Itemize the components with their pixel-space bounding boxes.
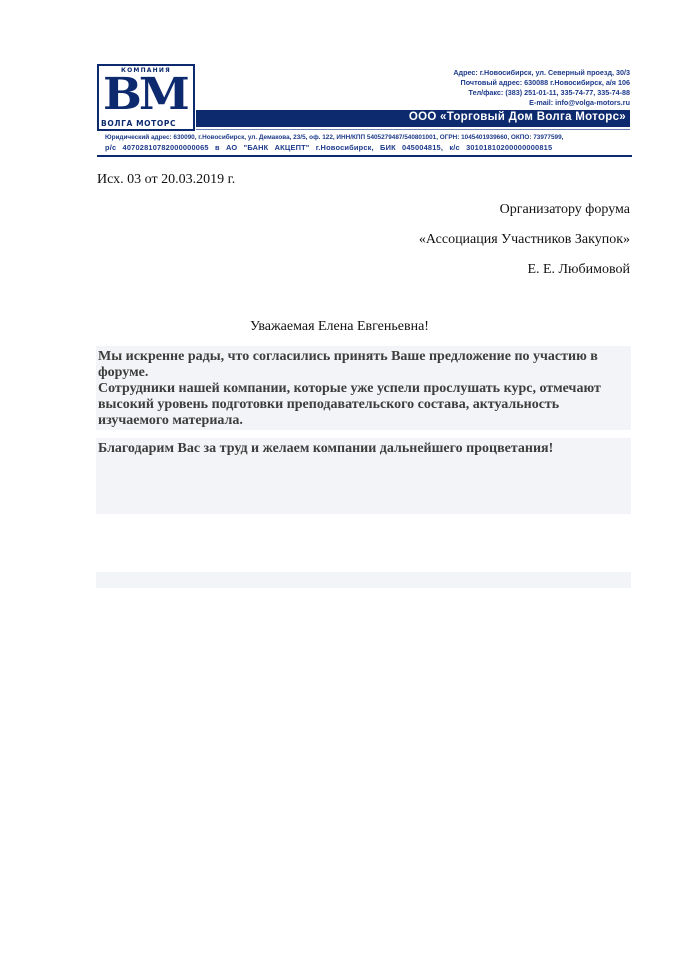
paragraph: Благодарим Вас за труд и желаем компании… (96, 438, 631, 457)
empty-paragraph-block (96, 572, 631, 588)
addressee-line: Организатору форума (500, 202, 630, 218)
company-logo-icon: КОМПАНИЯ ВМ ВОЛГА МОТОРС (97, 64, 195, 131)
company-name-banner: ООО «Торговый Дом Волга Моторс» (196, 110, 630, 127)
contact-phone-fax: Тел/факс: (383) 251-01-11, 335-74-77, 33… (453, 88, 630, 98)
paragraph (96, 572, 631, 575)
contact-postal-address: Почтовый адрес: 630088 г.Новосибирск, а/… (453, 78, 630, 88)
letterhead-bottom-divider (97, 155, 632, 157)
logo-mark: ВМ (103, 72, 187, 116)
addressee-line: «Ассоциация Участников Закупок» (419, 232, 630, 248)
contact-address: Адрес: г.Новосибирск, ул. Северный проез… (453, 68, 630, 78)
salutation: Уважаемая Елена Евгеньевна! (0, 319, 679, 335)
company-contacts: Адрес: г.Новосибирск, ул. Северный проез… (453, 68, 630, 108)
logo-bottom-label: ВОЛГА МОТОРС (101, 119, 176, 128)
paragraph: Мы искренне рады, что согласились принят… (96, 346, 631, 381)
letter-page: КОМПАНИЯ ВМ ВОЛГА МОТОРС Адрес: г.Новоси… (0, 0, 679, 960)
company-name: ООО «Торговый Дом Волга Моторс» (409, 111, 626, 123)
paragraph-block: Мы искренне рады, что согласились принят… (96, 346, 631, 430)
requisites-legal-address: Юридический адрес: 630090, г.Новосибирск… (105, 133, 630, 142)
addressee-line: Е. Е. Любимовой (527, 262, 630, 278)
requisites-bank-details: р/с 40702810782000000065 в АО "БАНК АКЦЕ… (105, 142, 630, 153)
paragraph: Сотрудники нашей компании, которые уже у… (96, 381, 631, 429)
outgoing-reference: Исх. 03 от 20.03.2019 г. (97, 172, 235, 188)
company-requisites: Юридический адрес: 630090, г.Новосибирск… (105, 133, 630, 153)
paragraph-block: Благодарим Вас за труд и желаем компании… (96, 438, 631, 514)
contact-email: E-mail: info@volga-motors.ru (453, 98, 630, 108)
divider (196, 129, 630, 130)
